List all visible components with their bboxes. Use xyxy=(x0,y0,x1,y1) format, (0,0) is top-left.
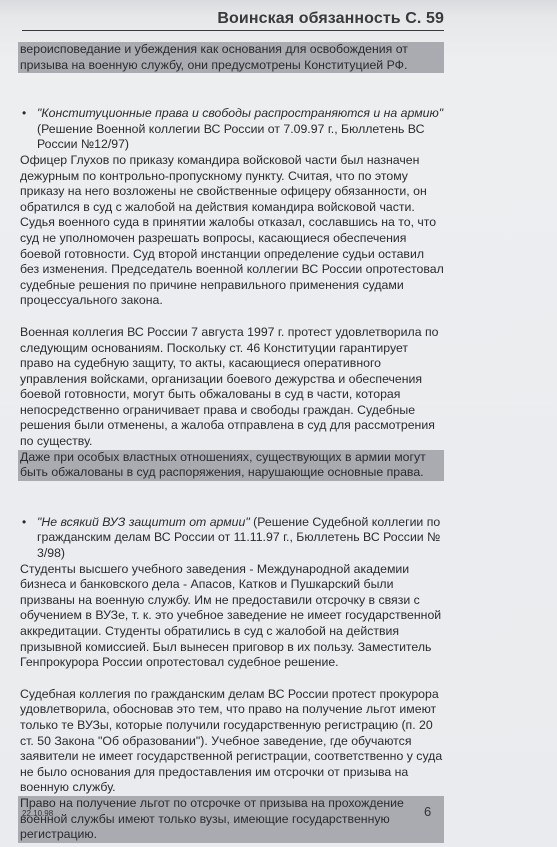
case-1-facts: Офицер Глухов по приказу командира войск… xyxy=(20,153,445,309)
case-1-summary: Даже при особых властных отношениях, сущ… xyxy=(18,450,444,481)
intro-highlight: вероисповедание и убеждения как основани… xyxy=(18,42,444,73)
case-2: • "Не всякий ВУЗ защитит от армии" (Реше… xyxy=(20,515,445,843)
case-2-summary: Право на получение льгот по отсрочке от … xyxy=(18,796,444,843)
footer-date: 22.10.98 xyxy=(22,809,53,818)
footer-page-number: 6 xyxy=(424,804,431,819)
case-2-heading: • "Не всякий ВУЗ защитит от армии" (Реше… xyxy=(20,515,445,562)
document-page: Воинская обязанность С. 59 вероисповедан… xyxy=(0,0,557,847)
page-header: Воинская обязанность С. 59 xyxy=(22,10,444,31)
case-1: • "Конституционные права и свободы распр… xyxy=(20,106,445,481)
case-1-heading: • "Конституционные права и свободы распр… xyxy=(20,106,445,153)
case-1-ruling: Военная коллегия ВС России 7 августа 199… xyxy=(20,325,445,450)
case-2-ruling: Судебная коллегия по гражданским делам В… xyxy=(20,687,445,796)
page-content: вероисповедание и убеждения как основани… xyxy=(20,42,445,843)
case-1-citation: (Решение Военной коллегии ВС России от 7… xyxy=(37,122,424,152)
header-title: Воинская обязанность С. 59 xyxy=(217,10,444,28)
case-2-facts: Студенты высшего учебного заведения - Ме… xyxy=(20,562,445,671)
bullet-icon: • xyxy=(22,106,26,122)
case-1-title: "Конституционные права и свободы распрос… xyxy=(37,106,443,120)
case-2-title: "Не всякий ВУЗ защитит от армии" xyxy=(37,515,250,529)
bullet-icon: • xyxy=(22,515,26,531)
